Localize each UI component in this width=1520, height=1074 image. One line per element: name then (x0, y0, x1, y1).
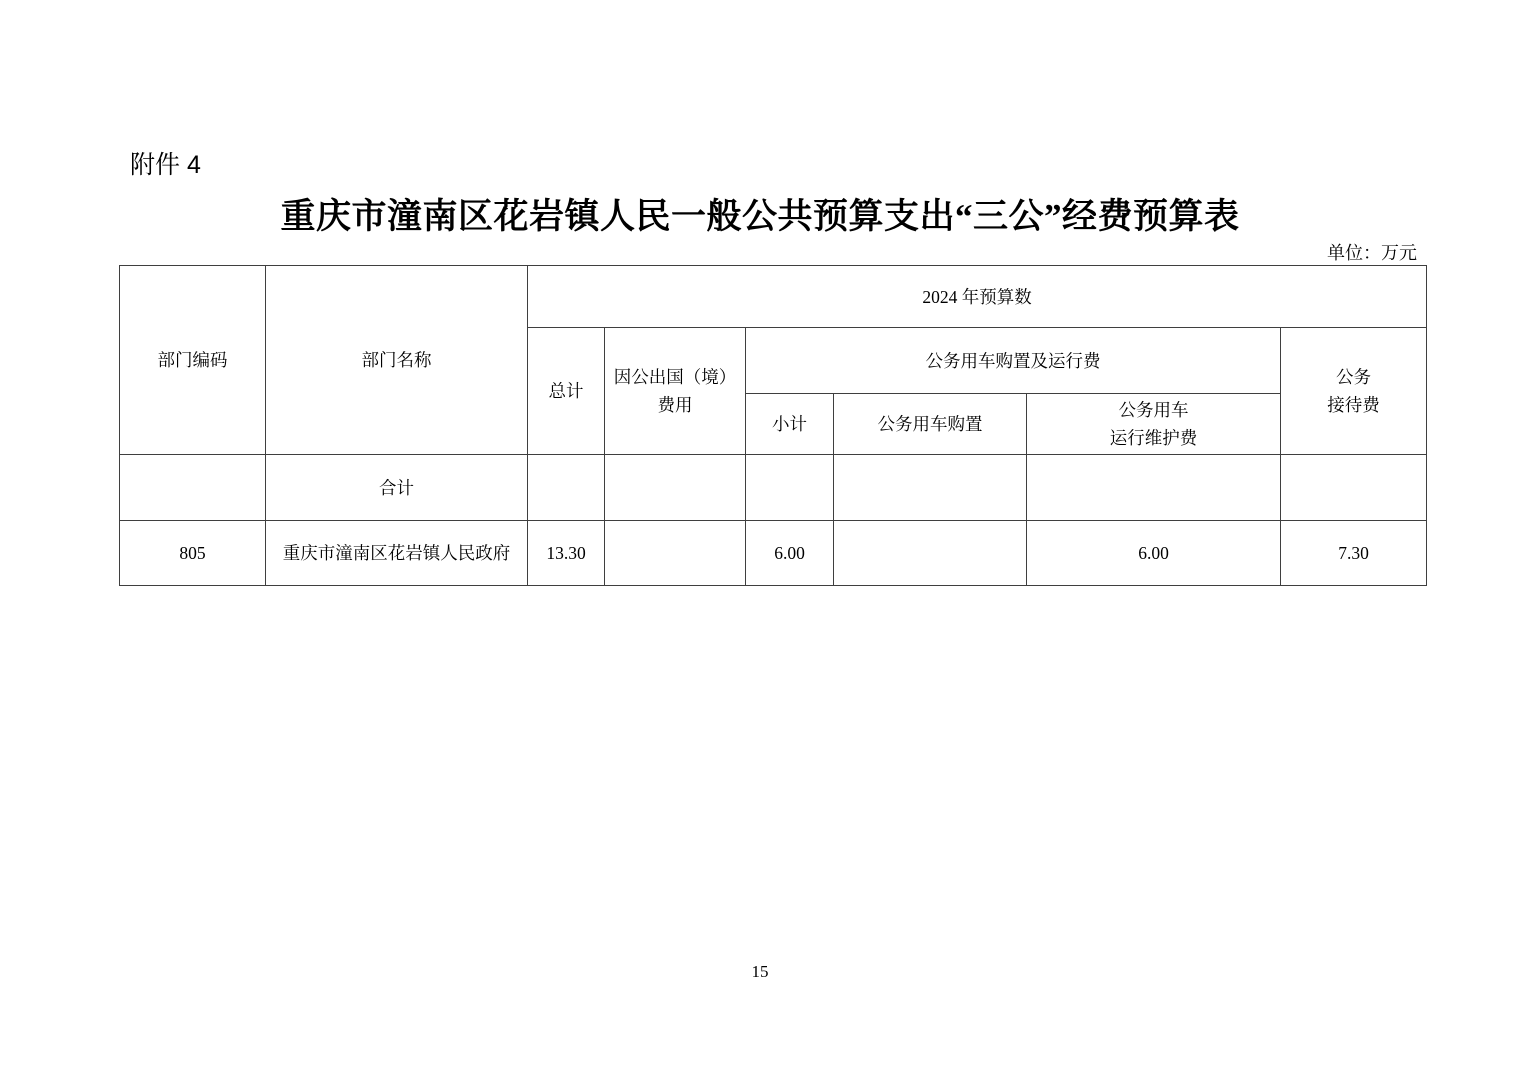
page-title: 重庆市潼南区花岩镇人民一般公共预算支出“三公”经费预算表 (0, 189, 1520, 239)
attachment-label: 附件 4 (130, 145, 201, 181)
header-vehicle-purchase: 公务用车购置 (834, 394, 1027, 455)
total-row-purchase (834, 455, 1027, 521)
dept-row-subtotal: 6.00 (746, 521, 834, 586)
header-vehicle-group: 公务用车购置及运行费 (746, 328, 1281, 394)
header-dept-code: 部门编码 (120, 266, 266, 455)
dept-row-code: 805 (120, 521, 266, 586)
total-row-maintenance (1027, 455, 1281, 521)
dept-row-name: 重庆市潼南区花岩镇人民政府 (266, 521, 528, 586)
budget-table: 部门编码 部门名称 2024 年预算数 总计 因公出国（境） 费用 公务用车购置… (119, 265, 1427, 586)
dept-row-reception: 7.30 (1281, 521, 1427, 586)
dept-row-total: 13.30 (528, 521, 605, 586)
total-row-total (528, 455, 605, 521)
header-subtotal: 小计 (746, 394, 834, 455)
header-total: 总计 (528, 328, 605, 455)
table-row-total: 合计 (120, 455, 1427, 521)
total-row-subtotal (746, 455, 834, 521)
total-row-name: 合计 (266, 455, 528, 521)
dept-row-purchase (834, 521, 1027, 586)
total-row-abroad (605, 455, 746, 521)
header-vehicle-maintenance: 公务用车 运行维护费 (1027, 394, 1281, 455)
page-number: 15 (0, 962, 1520, 982)
dept-row-abroad (605, 521, 746, 586)
header-abroad-fee: 因公出国（境） 费用 (605, 328, 746, 455)
header-year-budget: 2024 年预算数 (528, 266, 1427, 328)
document-page: 附件 4 重庆市潼南区花岩镇人民一般公共预算支出“三公”经费预算表 单位：万元 … (0, 0, 1520, 1074)
header-row-1: 部门编码 部门名称 2024 年预算数 (120, 266, 1427, 328)
unit-label: 单位：万元 (119, 239, 1425, 265)
table-row-dept: 805 重庆市潼南区花岩镇人民政府 13.30 6.00 6.00 7.30 (120, 521, 1427, 586)
header-reception-fee: 公务 接待费 (1281, 328, 1427, 455)
header-dept-name: 部门名称 (266, 266, 528, 455)
total-row-reception (1281, 455, 1427, 521)
dept-row-maintenance: 6.00 (1027, 521, 1281, 586)
total-row-code (120, 455, 266, 521)
